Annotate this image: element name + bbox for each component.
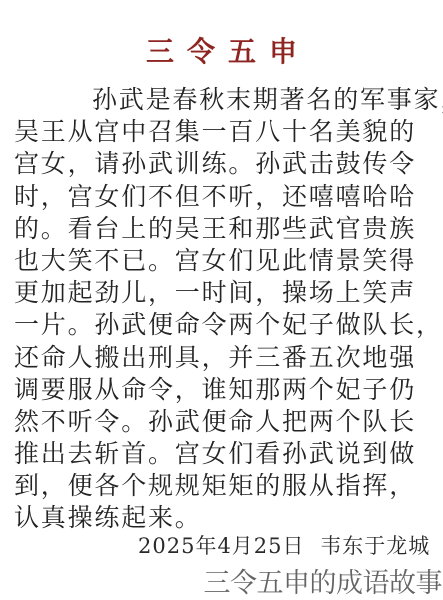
body-line: 孙武是春秋末期著名的军事家， — [14, 84, 435, 116]
image-caption: 三令五申的成语故事 — [204, 561, 443, 600]
body-line: 宫女，请孙武训练。孙武击鼓传令 — [14, 148, 435, 180]
story-body: 孙武是春秋末期著名的军事家，吴王从宫中召集一百八十名美貌的宫女，请孙武训练。孙武… — [14, 84, 435, 535]
calligraphy-page: 三令五申 孙武是春秋末期著名的军事家，吴王从宫中召集一百八十名美貌的宫女，请孙武… — [0, 0, 443, 600]
body-line: 也大笑不已。宫女们见此情景笑得 — [14, 245, 435, 277]
body-line: 推出去斩首。宫女们看孙武说到做 — [14, 438, 435, 470]
body-line: 然不听令。孙武便命人把两个队长 — [14, 406, 435, 438]
body-line: 认真操练起来。 — [14, 502, 435, 534]
page-title: 三令五申 — [0, 30, 443, 70]
body-line: 更加起劲儿，一时间，操场上笑声 — [14, 277, 435, 309]
body-line: 吴王从宫中召集一百八十名美貌的 — [14, 116, 435, 148]
body-line: 时，宫女们不但不听，还嘻嘻哈哈 — [14, 181, 435, 213]
signature-date: 2025年4月25日 — [138, 534, 305, 558]
body-line: 一片。孙武便命令两个妃子做队长， — [14, 309, 435, 341]
signature-author: 韦东于龙城 — [320, 534, 430, 558]
body-line: 的。看台上的吴王和那些武官贵族 — [14, 213, 435, 245]
body-line: 到，便各个规规矩矩的服从指挥， — [14, 470, 435, 502]
signature-line: 2025年4月25日 韦东于龙城 — [138, 531, 443, 561]
body-line: 还命人搬出刑具，并三番五次地强 — [14, 342, 435, 374]
body-line: 调要服从命令，谁知那两个妃子仍 — [14, 374, 435, 406]
